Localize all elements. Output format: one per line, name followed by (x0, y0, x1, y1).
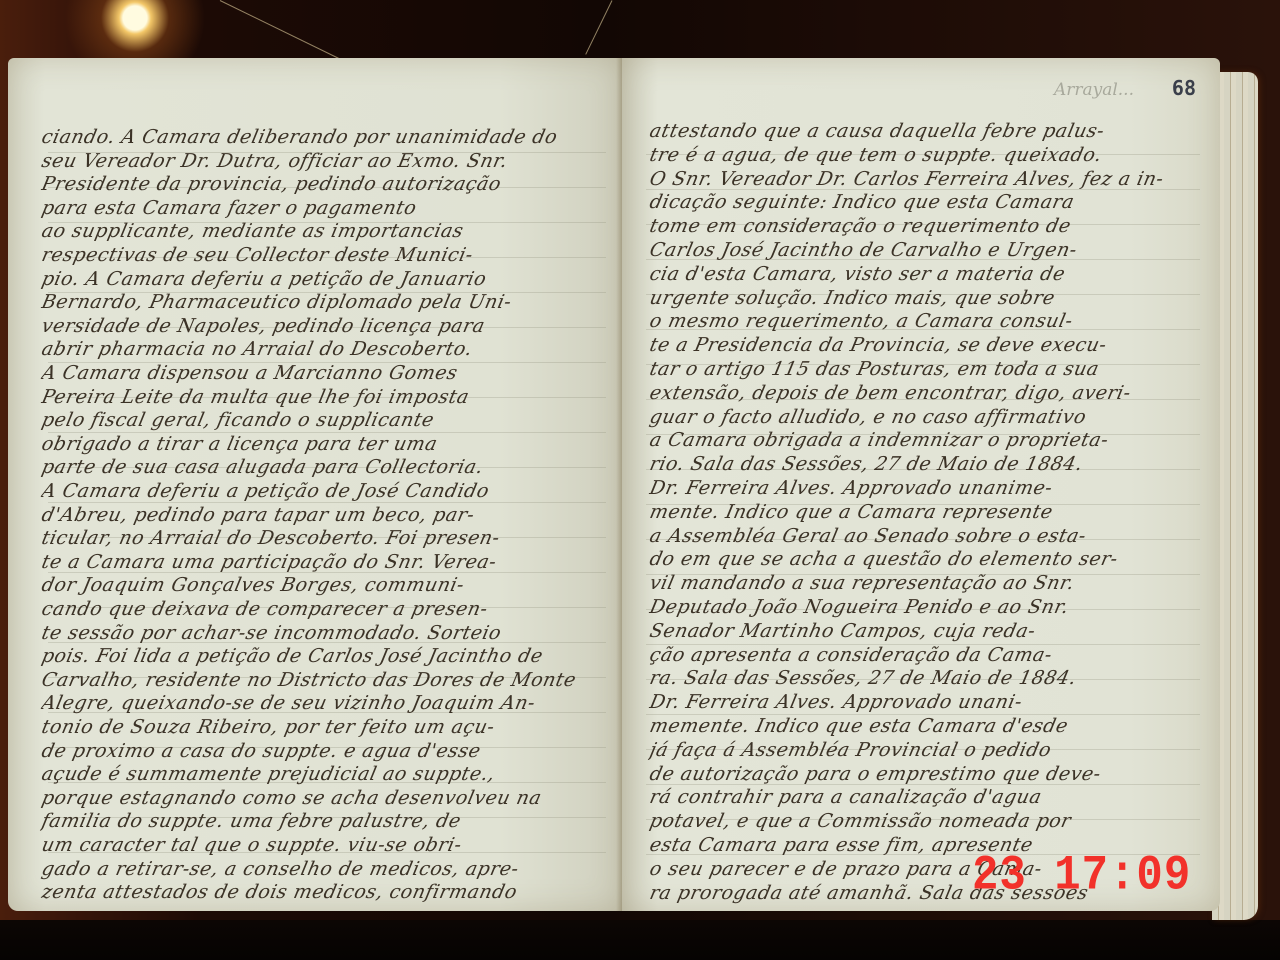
handwritten-line: cando que deixava de comparecer a presen… (40, 598, 605, 620)
handwritten-line: familia do suppte. uma febre palustre, d… (40, 810, 605, 832)
handwritten-line: A Camara dispensou a Marcianno Gomes (40, 362, 605, 384)
handwritten-line: abrir pharmacia no Arraial do Descoberto… (40, 338, 605, 360)
handwritten-line: ção apresenta a consideração da Cama- (648, 644, 1201, 666)
handwritten-line: Alegre, queixando-se de seu vizinho Joaq… (40, 692, 605, 714)
handwritten-line: seu Vereador Dr. Dutra, officiar ao Exmo… (40, 150, 605, 172)
handwritten-line: O Snr. Vereador Dr. Carlos Ferreira Alve… (648, 168, 1201, 190)
handwritten-line: parte de sua casa alugada para Collector… (40, 456, 605, 478)
handwritten-line: memente. Indico que esta Camara d'esde (648, 715, 1201, 737)
handwritten-line: gado a retirar-se, a conselho de medicos… (40, 858, 605, 880)
right-page: Arrayal... 68 attestando que a causa daq… (622, 58, 1220, 911)
handwritten-line: ciando. A Camara deliberando por unanimi… (40, 126, 605, 148)
handwritten-line: vil mandando a sua representação ao Snr. (648, 572, 1201, 594)
handwritten-line: mente. Indico que a Camara represente (648, 501, 1201, 523)
handwritten-line: ra. Sala das Sessões, 27 de Maio de 1884… (648, 667, 1201, 689)
handwritten-line: Senador Martinho Campos, cuja reda- (648, 620, 1201, 642)
handwritten-line: tonio de Souza Ribeiro, por ter feito um… (40, 716, 605, 738)
handwritten-line: Dr. Ferreira Alves. Approvado unanime- (648, 477, 1201, 499)
handwritten-line: guar o facto alludido, e no caso affirma… (648, 406, 1201, 428)
handwritten-line: pelo fiscal geral, ficando o supplicante (40, 409, 605, 431)
handwritten-line: d'Abreu, pedindo para tapar um beco, par… (40, 504, 605, 526)
handwritten-line: zenta attestados de dois medicos, confir… (40, 881, 605, 903)
handwritten-line: de proximo a casa do suppte. e agua d'es… (40, 740, 605, 762)
handwritten-line: a Assembléa Geral ao Senado sobre o esta… (648, 525, 1201, 547)
table-shadow (0, 920, 1280, 960)
handwritten-line: açude é summamente prejudicial ao suppte… (40, 763, 605, 785)
handwritten-line: Bernardo, Pharmaceutico diplomado pela U… (40, 291, 605, 313)
handwritten-line: versidade de Napoles, pedindo licença pa… (40, 315, 605, 337)
handwritten-line: obrigado a tirar a licença para ter uma (40, 433, 605, 455)
handwritten-line: Dr. Ferreira Alves. Approvado unani- (648, 691, 1201, 713)
header-note: Arrayal... (1054, 80, 1134, 100)
handwritten-line: urgente solução. Indico mais, que sobre (648, 287, 1201, 309)
handwritten-line: cia d'esta Camara, visto ser a materia d… (648, 263, 1201, 285)
handwritten-line: Carlos José Jacintho de Carvalho e Urgen… (648, 239, 1201, 261)
handwritten-line: do em que se acha a questão do elemento … (648, 548, 1201, 570)
handwritten-line: ticular, no Arraial do Descoberto. Foi p… (40, 527, 605, 549)
page-number: 68 (1172, 76, 1196, 100)
handwritten-line: respectivas de seu Collector deste Munic… (40, 244, 605, 266)
handwritten-line: o mesmo requerimento, a Camara consul- (648, 310, 1201, 332)
handwritten-line: rá contrahir para a canalização d'agua (648, 786, 1201, 808)
handwritten-line: já faça á Assembléa Provincial o pedido (648, 739, 1201, 761)
handwritten-line: ao supplicante, mediante as importancias (40, 220, 605, 242)
handwritten-line: te a Camara uma participação do Snr. Ver… (40, 551, 605, 573)
handwritten-line: um caracter tal que o suppte. viu-se obr… (40, 834, 605, 856)
handwritten-line: pio. A Camara deferiu a petição de Janua… (40, 268, 605, 290)
handwritten-line: dor Joaquim Gonçalves Borges, communi- (40, 574, 605, 596)
handwritten-line: Presidente da provincia, pedindo autoriz… (40, 173, 605, 195)
handwritten-line: dicação seguinte: Indico que esta Camara (648, 191, 1201, 213)
left-page: ciando. A Camara deliberando por unanimi… (8, 58, 622, 911)
handwritten-line: tome em consideração o requerimento de (648, 215, 1201, 237)
handwritten-line: te sessão por achar-se incommodado. Sort… (40, 622, 605, 644)
handwritten-line: de autorização para o emprestimo que dev… (648, 763, 1201, 785)
camera-timestamp: 23 17:09 (972, 848, 1191, 904)
handwritten-line: porque estagnando como se acha desenvolv… (40, 787, 605, 809)
handwritten-line: para esta Camara fazer o pagamento (40, 197, 605, 219)
handwritten-line: A Camara deferiu a petição de José Candi… (40, 480, 605, 502)
handwritten-line: attestando que a causa daquella febre pa… (648, 120, 1201, 142)
handwritten-line: pois. Foi lida a petição de Carlos José … (40, 645, 605, 667)
handwritten-line: Carvalho, residente no Districto das Dor… (40, 669, 605, 691)
handwritten-line: tre é a agua, de que tem o suppte. queix… (648, 144, 1201, 166)
handwritten-line: te a Presidencia da Provincia, se deve e… (648, 334, 1201, 356)
handwritten-line: rio. Sala das Sessões, 27 de Maio de 188… (648, 453, 1201, 475)
handwritten-line: a Camara obrigada a indemnizar o proprie… (648, 429, 1201, 451)
handwritten-line: Deputado João Nogueira Penido e ao Snr. (648, 596, 1201, 618)
handwritten-line: Pereira Leite da multa que lhe foi impos… (40, 386, 605, 408)
handwritten-line: extensão, depois de bem encontrar, digo,… (648, 382, 1201, 404)
handwritten-line: potavel, e que a Commissão nomeada por (648, 810, 1201, 832)
handwritten-line: tar o artigo 115 das Posturas, em toda a… (648, 358, 1201, 380)
